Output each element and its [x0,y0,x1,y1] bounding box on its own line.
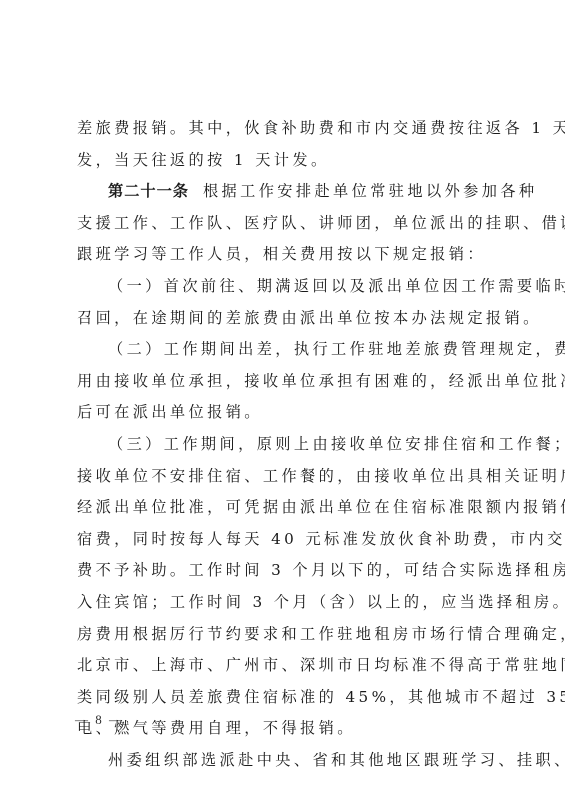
text-line: 发，当天往返的按 1 天计发。 [77,145,497,177]
clause-3-line: （三）工作期间，原则上由接收单位安排住宿和工作餐； [77,429,497,461]
document-page: 差旅费报销。其中，伙食补助费和市内交通费按往返各 1 天计 发，当天往返的按 1… [0,0,565,800]
text-line: 宿费，同时按每人每天 40 元标准发放伙食补助费，市内交通 [77,524,497,556]
text-line: 接收单位不安排住宿、工作餐的，由接收单位出具相关证明后， [77,461,497,493]
paragraph-line: 州委组织部选派赴中央、省和其他地区跟班学习、挂职、 [77,745,497,777]
text-line: 支援工作、工作队、医疗队、讲师团，单位派出的挂职、借调、 [77,208,497,240]
text-line: 根据工作安排赴单位常驻地以外参加各种 [203,182,538,200]
text-line: 召回，在途期间的差旅费由派出单位按本办法规定报销。 [77,303,497,335]
text-line: 费不予补助。工作时间 3 个月以下的，可结合实际选择租房或 [77,555,497,587]
text-line: 北京市、上海市、广州市、深圳市日均标准不得高于常驻地同 [77,650,497,682]
clause-2-line: （二）工作期间出差，执行工作驻地差旅费管理规定，费 [77,334,497,366]
text-line: 后可在派出单位报销。 [77,397,497,429]
text-line: 用由接收单位承担，接收单位承担有困难的，经派出单位批准 [77,366,497,398]
page-number: — 8 — [75,712,124,728]
clause-1-line: （一）首次前往、期满返回以及派出单位因工作需要临时 [77,271,497,303]
text-line: 房费用根据厉行节约要求和工作驻地租房市场行情合理确定， [77,619,497,651]
text-line: 经派出单位批准，可凭据由派出单位在住宿标准限额内报销住 [77,492,497,524]
article-21-first-line: 第二十一条根据工作安排赴单位常驻地以外参加各种 [77,176,497,208]
text-line: 类同级别人员差旅费住宿标准的 45%，其他城市不超过 35%，水、 [77,682,497,714]
text-line: 差旅费报销。其中，伙食补助费和市内交通费按往返各 1 天计 [77,113,497,145]
text-line: 跟班学习等工作人员，相关费用按以下规定报销： [77,239,497,271]
text-line: 电、燃气等费用自理，不得报销。 [77,713,497,745]
article-heading: 第二十一条 [108,182,189,200]
text-line: 入住宾馆；工作时间 3 个月（含）以上的，应当选择租房。租 [77,587,497,619]
body-text: 差旅费报销。其中，伙食补助费和市内交通费按往返各 1 天计 发，当天往返的按 1… [77,113,497,776]
